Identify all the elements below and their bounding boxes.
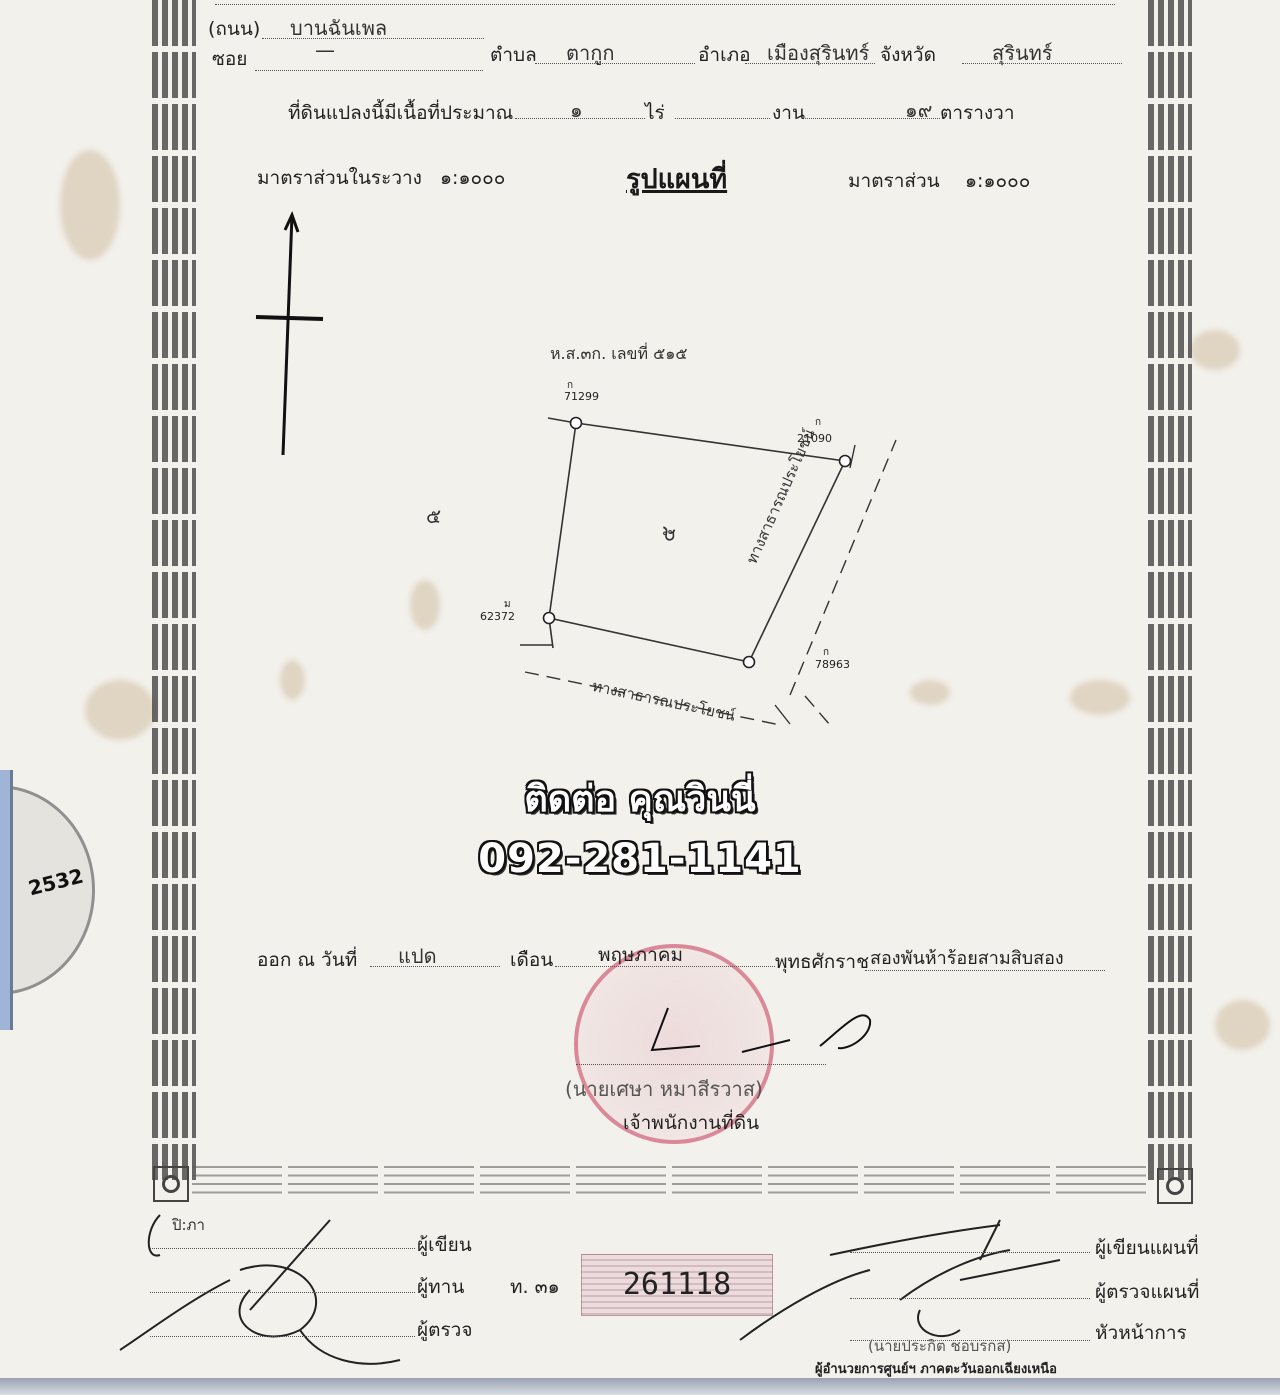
signatures: [0, 0, 1280, 1380]
role-reviewer: ผู้ทาน: [417, 1272, 464, 1302]
role-map-checker: ผู้ตรวจแผนที่: [1095, 1277, 1199, 1307]
initials: ปิ:ภา: [172, 1213, 205, 1237]
title-deed-page: (ถนน) บานฉันเพล ซอย — ตำบล ตากูก อำเภอ เ…: [0, 0, 1280, 1380]
background-object-edge: [0, 770, 13, 1030]
role-chief: หัวหน้าการ: [1095, 1318, 1187, 1348]
page-shadow: [0, 1378, 1280, 1395]
checker-line: [150, 1336, 415, 1337]
reviewer-line: [150, 1292, 415, 1293]
form-code: ท. ๓๑: [510, 1272, 560, 1302]
serial-number: 261118: [581, 1254, 773, 1316]
right-signature-icon: [740, 1220, 1060, 1340]
chief-title: ผู้อำนวยการศูนย์ฯ ภาคตะวันออกเฉียงเหนือ: [815, 1358, 1057, 1379]
role-checker: ผู้ตรวจ: [417, 1315, 472, 1345]
officer-signature-icon: [652, 1008, 870, 1052]
map-writer-line: [850, 1252, 1090, 1253]
map-checker-line: [850, 1298, 1090, 1299]
left-signature-icon: [120, 1215, 400, 1364]
role-map-writer: ผู้เขียนแผนที่: [1095, 1233, 1199, 1263]
writer-line: [150, 1248, 415, 1249]
role-writer: ผู้เขียน: [417, 1230, 472, 1260]
chief-name: (นายประกิต ชอบรกส): [868, 1334, 1011, 1358]
